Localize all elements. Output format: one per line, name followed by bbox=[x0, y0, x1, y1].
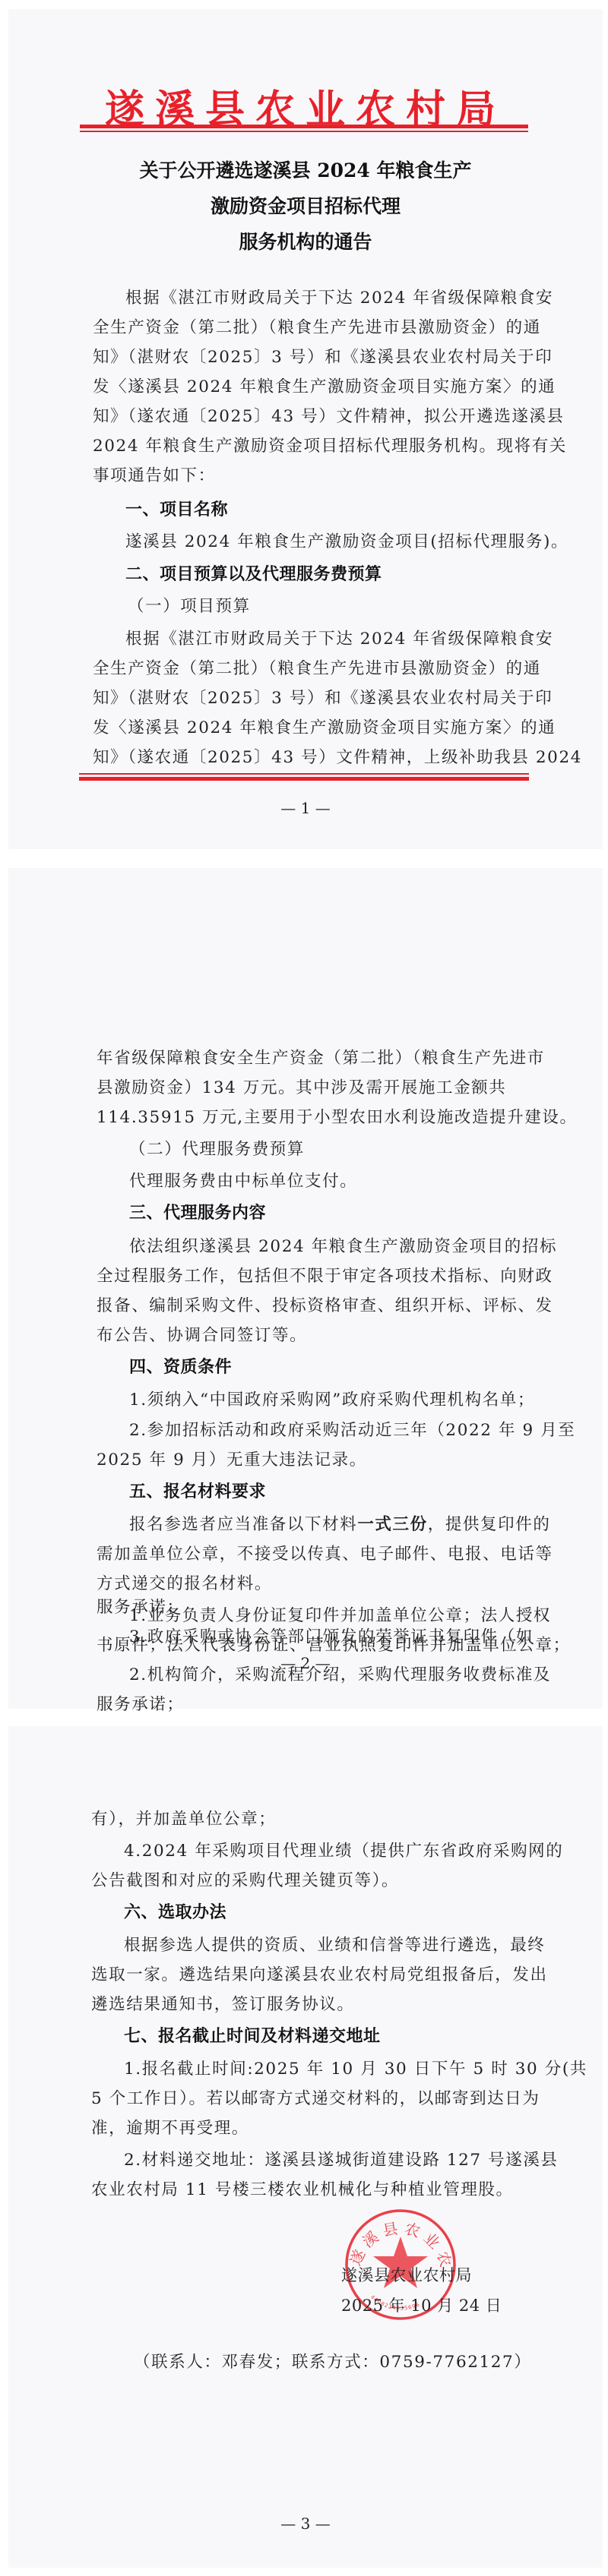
section-7-item-1: 1.报名截止时间:2025 年 10 月 30 日下午 5 时 30 分(共 bbox=[124, 2056, 587, 2079]
section-4-item-2-cont: 2025 年 9 月）无重大违法记录。 bbox=[97, 1447, 367, 1470]
budget-line-1: 根据《湛江市财政局关于下达 2024 年省级保障粮食安 bbox=[125, 626, 553, 649]
section-7-heading: 七、报名截止时间及材料递交地址 bbox=[124, 2023, 381, 2047]
page-number-2: — 2 — bbox=[8, 1654, 603, 1672]
section-2-heading: 二、项目预算以及代理服务费预算 bbox=[125, 561, 382, 585]
section-4-heading: 四、资质条件 bbox=[129, 1354, 232, 1378]
intro-line-3: 知》（湛财农〔2025〕3 号）和《遂溪县农业农村局关于印 bbox=[93, 344, 553, 368]
page-number-3: — 3 — bbox=[8, 2514, 603, 2533]
section-3-line-1: 依法组织遂溪县 2024 年粮食生产激励资金项目的招标 bbox=[129, 1233, 557, 1257]
section-6-line-3: 遴选结果通知书，签订服务协议。 bbox=[91, 1991, 355, 2015]
document-page-1: 遂溪县农业农村局 关于公开遴选遂溪县 2024 年粮食生产 激励资金项目招标代理… bbox=[8, 9, 603, 849]
signature-organization: 遂溪县农业农村局 bbox=[341, 2263, 472, 2286]
section-5-item-1: 1.业务负责人身份证复印件并加盖单位公章；法人授权 bbox=[129, 1602, 551, 1626]
section-1-heading: 一、项目名称 bbox=[125, 497, 228, 520]
section-5-intro-suffix: ，提供复印件的 bbox=[428, 1515, 551, 1534]
contact-info: （联系人：邓春发；联系方式：0759-7762127） bbox=[134, 2349, 531, 2372]
intro-line-4: 发〈遂溪县 2024 年粮食生产激励资金项目实施方案〉的通 bbox=[93, 374, 556, 397]
section-3-line-2: 全过程服务工作，包括但不限于审定各项技术指标、向财政 bbox=[97, 1263, 553, 1286]
budget-line-3: 知》（湛财农〔2025〕3 号）和《遂溪县农业农村局关于印 bbox=[93, 685, 553, 709]
section-2-sub-2-text: 代理服务费由中标单位支付。 bbox=[129, 1168, 357, 1192]
footer-rule-thin bbox=[79, 773, 529, 775]
section-5-heading: 五、报名材料要求 bbox=[129, 1479, 266, 1502]
footer-rule-thick bbox=[79, 777, 529, 781]
notice-title-line-1: 关于公开遴选遂溪县 2024 年粮食生产 bbox=[8, 156, 603, 183]
section-4-item-2: 2.参加招标活动和政府采购活动近三年（2022 年 9 月至 bbox=[129, 1417, 575, 1441]
section-5-intro-prefix: 报名参选者应当准备以下材料 bbox=[129, 1515, 357, 1534]
section-5-item-4: 4.2024 年采购项目代理业绩（提供广东省政府采购网的 bbox=[124, 1838, 563, 1861]
page-number: — 1 — bbox=[8, 799, 603, 817]
notice-title-line-2: 激励资金项目招标代理 bbox=[8, 191, 603, 219]
section-6-line-2: 选取一家。遴选结果向遂溪县农业农村局党组报备后，发出 bbox=[91, 1962, 548, 1985]
continued-line-1: 年省级保障粮食安全生产资金（第二批）（粮食生产先进市 bbox=[97, 1045, 545, 1069]
budget-line-2: 全生产资金（第二批）（粮食生产先进市县激励资金）的通 bbox=[93, 655, 541, 679]
budget-line-5: 知》（遂农通〔2025〕43 号）文件精神，上级补助我县 2024 bbox=[93, 744, 582, 768]
section-5-item-2-cont: 服务承诺； bbox=[97, 1691, 185, 1715]
masthead-rule-thick bbox=[80, 125, 528, 128]
intro-line-7: 事项通告如下： bbox=[93, 462, 216, 486]
section-7-item-2-cont: 农业农村局 11 号楼三楼农业机械化与种植业管理股。 bbox=[91, 2177, 514, 2200]
section-4-item-1: 1.须纳入“中国政府采购网”政府采购代理机构名单； bbox=[129, 1387, 535, 1410]
masthead-rule-thin bbox=[80, 131, 528, 132]
section-7-item-1-cont-1: 5 个工作日）。若以邮寄方式递交材料的，以邮寄到达日为 bbox=[91, 2085, 540, 2109]
section-5-intro-line-2: 需加盖单位公章，不接受以传真、电子邮件、电报、电话等 bbox=[97, 1541, 553, 1564]
section-1-text: 遂溪县 2024 年粮食生产激励资金项目(招标代理服务)。 bbox=[125, 529, 568, 552]
budget-line-4: 发〈遂溪县 2024 年粮食生产激励资金项目实施方案〉的通 bbox=[93, 715, 556, 738]
continued-line-3: 114.35915 万元,主要用于小型农田水利设施改造提升建设。 bbox=[97, 1104, 578, 1128]
section-5-intro-line-1: 报名参选者应当准备以下材料一式三份，提供复印件的 bbox=[129, 1511, 550, 1535]
section-7-item-1-cont-2: 准，逾期不再受理。 bbox=[91, 2115, 249, 2139]
notice-title-line-3: 服务机构的通告 bbox=[8, 227, 603, 254]
section-3-heading: 三、代理服务内容 bbox=[129, 1200, 266, 1223]
document-page-2: 年省级保障粮食安全生产资金（第二批）（粮食生产先进市 县激励资金）134 万元。… bbox=[8, 868, 603, 1709]
section-5-item-4-cont: 公告截图和对应的采购代理关键页等）。 bbox=[91, 1867, 399, 1891]
section-5-intro-line-3: 方式递交的报名材料。 bbox=[97, 1571, 272, 1594]
section-3-line-4: 布公告、协调合同签订等。 bbox=[97, 1322, 307, 1346]
continued-text: 有），并加盖单位公章； bbox=[91, 1806, 276, 1829]
intro-line-1: 根据《湛江市财政局关于下达 2024 年省级保障粮食安 bbox=[125, 285, 553, 308]
section-2-sub-2-heading: （二）代理服务费预算 bbox=[129, 1136, 305, 1160]
section-2-sub-1-heading: （一）项目预算 bbox=[128, 593, 251, 617]
section-7-item-2: 2.材料递交地址：遂溪县遂城街道建设路 127 号遂溪县 bbox=[124, 2147, 559, 2170]
intro-line-5: 知》（遂农通〔2025〕43 号）文件精神，拟公开遴选遂溪县 bbox=[93, 403, 565, 427]
section-5-intro-bold: 一式三份 bbox=[357, 1515, 427, 1534]
section-5-item-2-cont-b: 服务承诺； bbox=[97, 1594, 185, 1618]
section-6-line-1: 根据参选人提供的资质、业绩和信誉等进行遴选，最终 bbox=[124, 1932, 545, 1956]
section-6-heading: 六、选取办法 bbox=[124, 1899, 226, 1923]
section-5-item-3: 3.政府采购或协会等部门颁发的荣誉证书复印件（如 bbox=[129, 1624, 534, 1647]
intro-line-2: 全生产资金（第二批）（粮食生产先进市县激励资金）的通 bbox=[93, 314, 541, 338]
document-page-3: 有），并加盖单位公章； 4.2024 年采购项目代理业绩（提供广东省政府采购网的… bbox=[8, 1726, 603, 2568]
continued-line-2: 县激励资金）134 万元。其中涉及需开展施工金额共 bbox=[97, 1075, 506, 1098]
section-3-line-3: 报备、编制采购文件、投标资格审查、组织开标、评标、发 bbox=[97, 1293, 553, 1316]
signature-date: 2025 年 10 月 24 日 bbox=[341, 2293, 502, 2316]
intro-line-6: 2024 年粮食生产激励资金项目招标代理服务机构。现将有关 bbox=[93, 433, 567, 456]
